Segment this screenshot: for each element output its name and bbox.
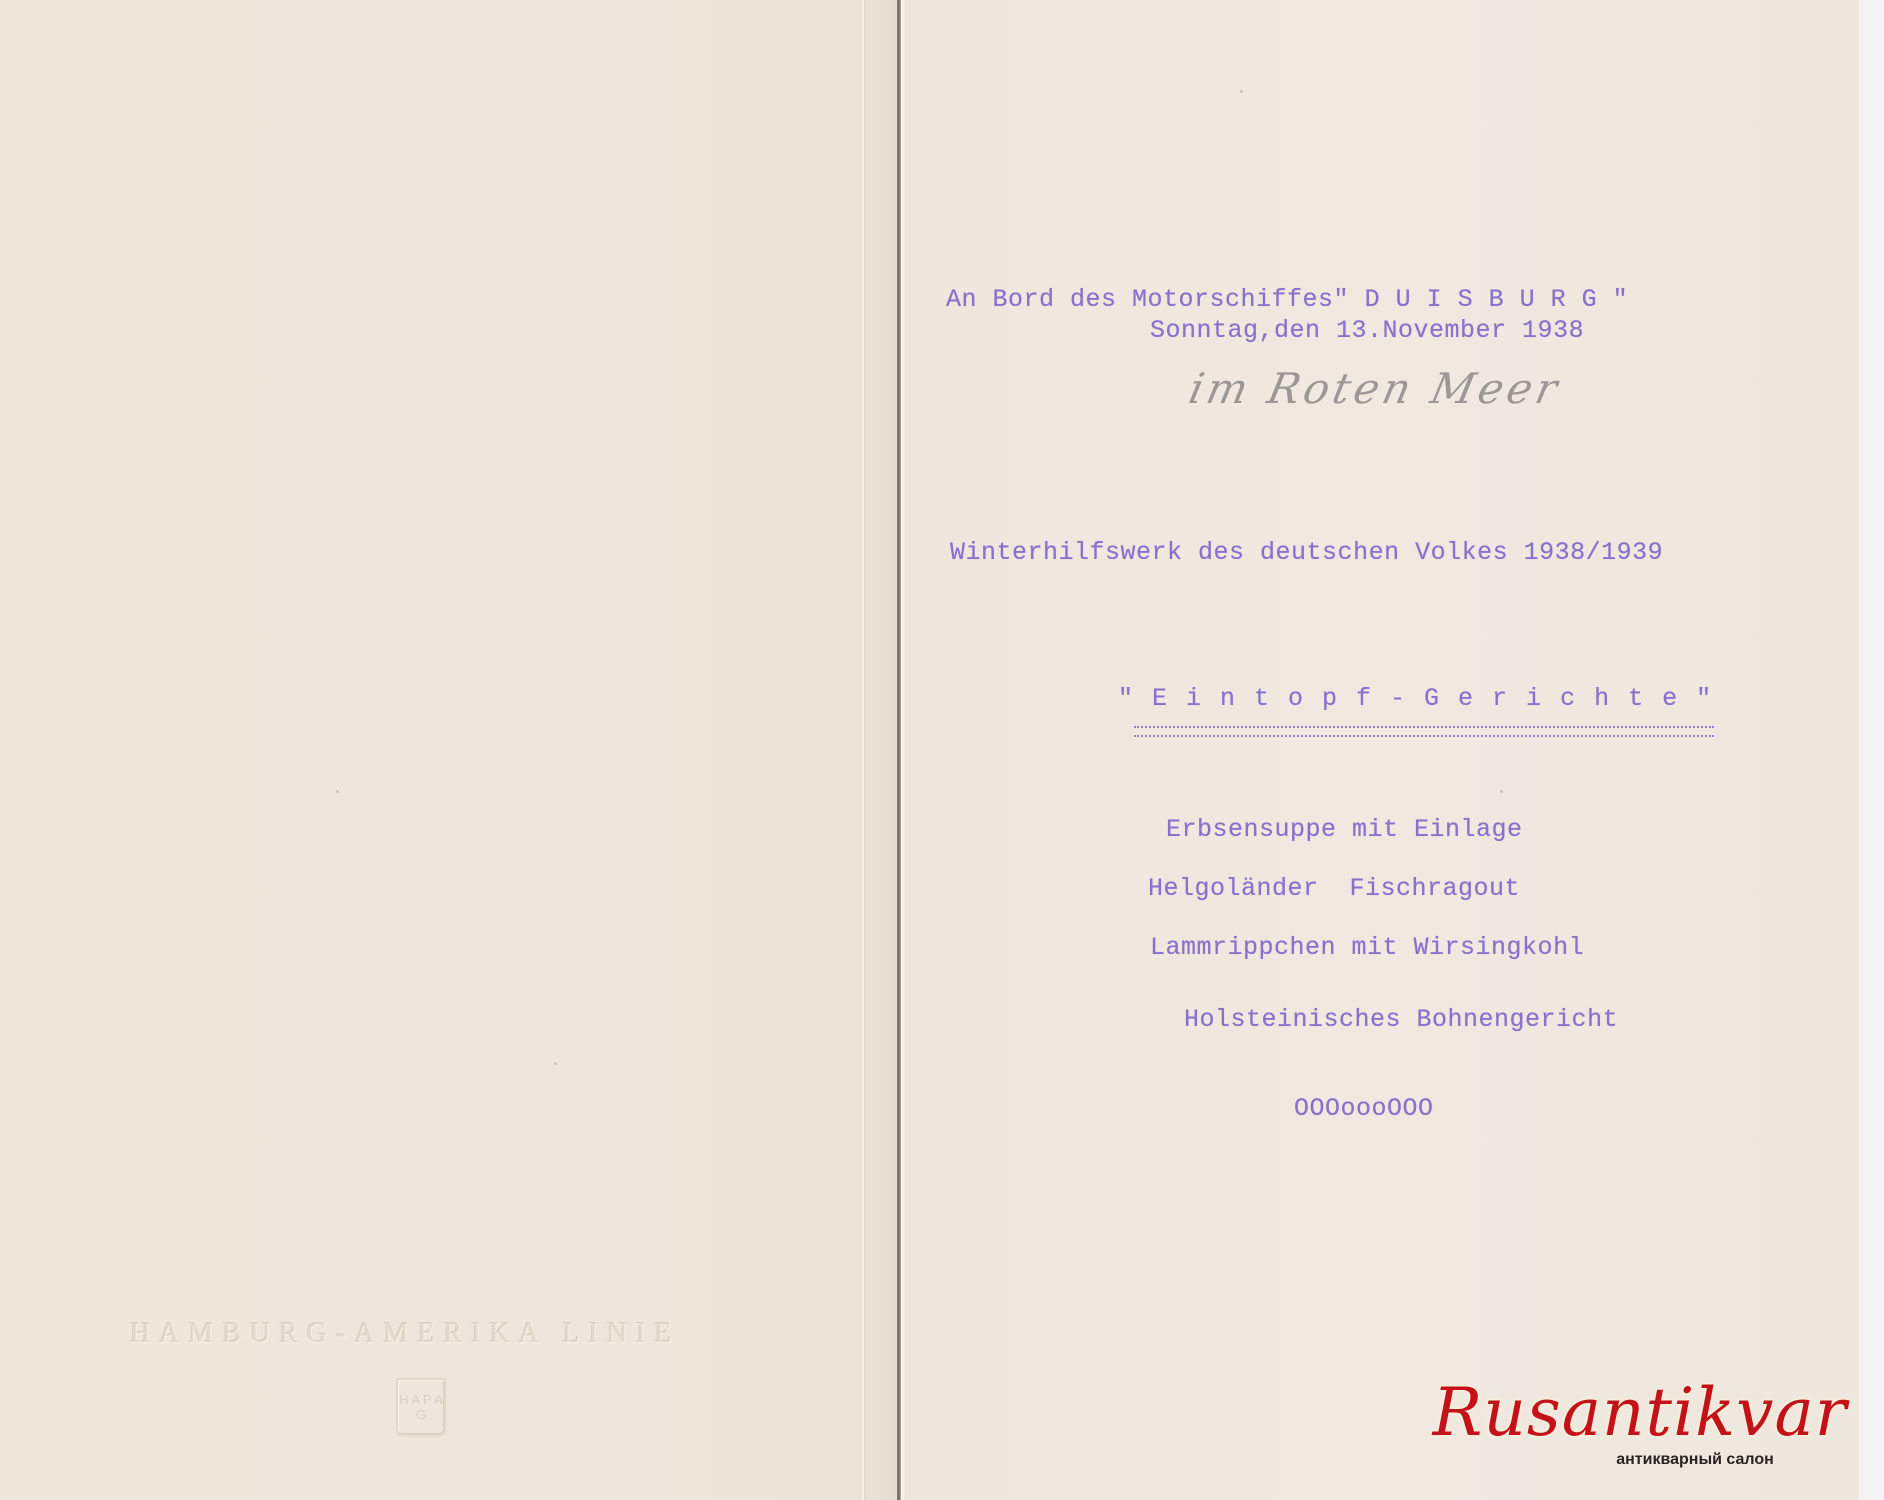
menu-title-double-underline [1134, 726, 1714, 737]
date-line: Sonntag,den 13.November 1938 [1150, 316, 1584, 345]
embossed-logo-icon: H A P A G [396, 1378, 446, 1436]
scan-backdrop [1859, 0, 1884, 1500]
paper-speck [1500, 790, 1503, 793]
watermark-title: Rusantikvar [1405, 1375, 1875, 1451]
embossed-logo-text: H A P A G [398, 1392, 444, 1422]
right-page [905, 0, 1859, 1500]
left-page: HAMBURG-AMERIKA LINIE H A P A G [0, 0, 897, 1500]
menu-title: " E i n t o p f - G e r i c h t e " [1118, 684, 1713, 713]
closing-ornament: OOOoooOOO [1294, 1094, 1434, 1123]
menu-item: Erbsensuppe mit Einlage [1166, 815, 1523, 844]
menu-item: Lammrippchen mit Wirsingkohl [1150, 933, 1584, 962]
paper-speck [554, 1062, 557, 1065]
ship-header-line: An Bord des Motorschiffes" D U I S B U R… [946, 285, 1628, 314]
watermark-logo: Rusantikvar антикварный салон [1405, 1375, 1875, 1469]
menu-item: Holsteinisches Bohnengericht [1184, 1005, 1618, 1034]
watermark-subtitle: антикварный салон [1405, 1451, 1875, 1469]
charity-subtitle: Winterhilfswerk des deutschen Volkes 193… [950, 538, 1663, 567]
blind-embossed-company-name: HAMBURG-AMERIKA LINIE [130, 1318, 681, 1350]
handwritten-location-note: im Roten Meer [1185, 364, 1566, 413]
menu-item: Helgoländer Fischragout [1148, 874, 1520, 903]
paper-speck [336, 790, 339, 793]
menu-card-spread: HAMBURG-AMERIKA LINIE H A P A G An Bord … [0, 0, 1884, 1500]
paper-speck [1240, 90, 1243, 93]
left-page-edge [862, 0, 864, 1500]
